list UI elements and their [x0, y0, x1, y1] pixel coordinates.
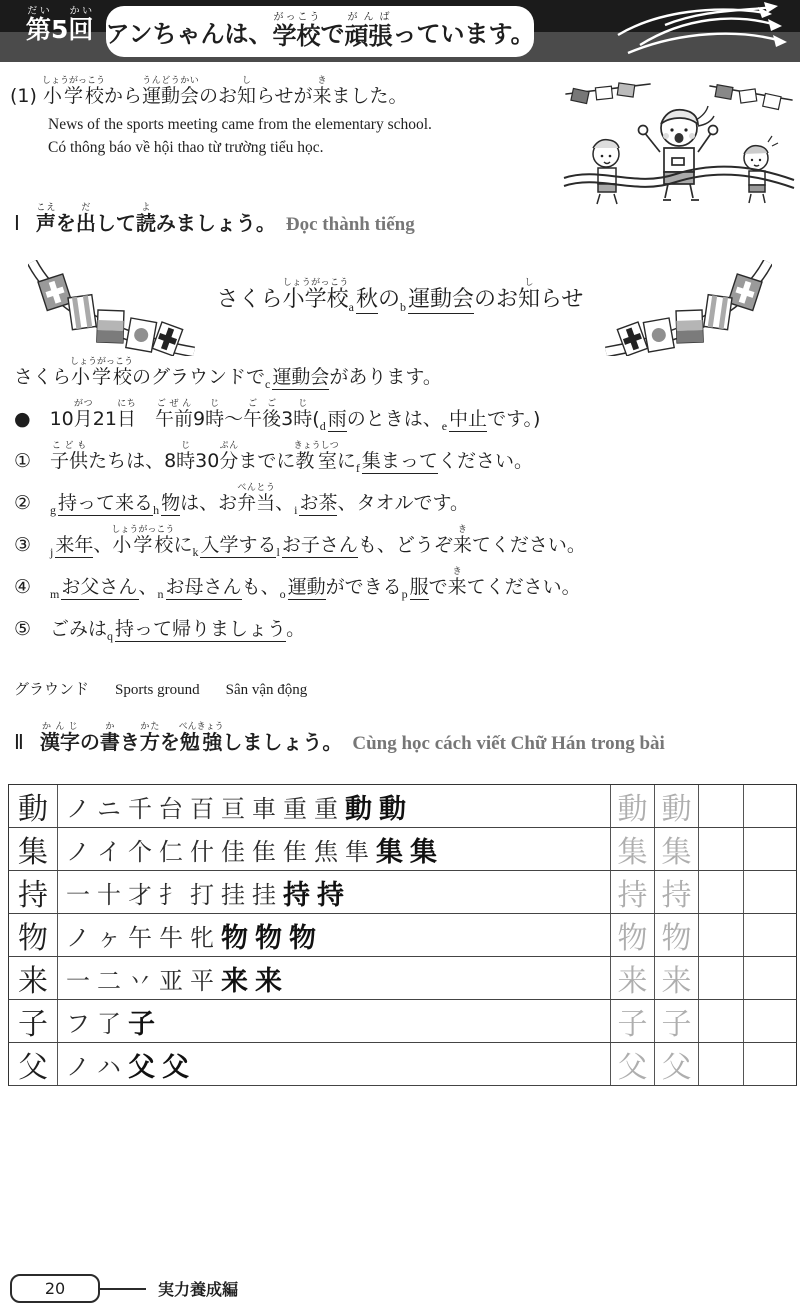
tagged-phrase-q: q持って帰りましょう [107, 618, 286, 640]
tagged-phrase-p: p服 [402, 576, 429, 598]
practice-kanji-cell: 持 [611, 871, 655, 913]
stroke-step: 个 [128, 832, 152, 867]
stroke-step: 一 [66, 875, 90, 910]
tagged-phrase-c: c運動会 [265, 366, 329, 388]
phrase-tag: i [294, 503, 297, 517]
stroke-order-cell: ノヶ午牛牝物物物 [58, 914, 611, 956]
page-footer: 20 実力養成編 [10, 1274, 238, 1303]
stroke-step: 物 [289, 916, 316, 955]
lesson-title: アンちゃんは、学校がっこうで頑張がんばっています。 [106, 6, 534, 57]
practice-kanji-cell: 物 [655, 914, 699, 956]
tagged-phrase-j: j来年 [50, 534, 93, 556]
stroke-step: 亚 [159, 961, 183, 996]
phrase-tag: b [400, 300, 406, 314]
empty-practice-cell [699, 1043, 744, 1085]
textbook-page: 第だい5回かい アンちゃんは、学校がっこうで頑張がんばっています。 (1) 小学… [0, 0, 800, 1307]
empty-practice-cell [744, 1000, 796, 1042]
stroke-order-cell: 一二丷亚平来来 [58, 957, 611, 999]
kanji-row-動: 動 ノニ千台百亘車重重動動 動動 [8, 785, 797, 828]
tagged-phrase-h: h物 [153, 492, 180, 514]
stroke-step: 車 [252, 789, 276, 824]
empty-practice-cell [744, 785, 796, 827]
phrase-tag: l [276, 545, 279, 559]
stroke-step: 物 [255, 916, 282, 955]
sports-day-illustration [560, 76, 798, 214]
tagged-phrase-i: iお茶 [294, 492, 337, 514]
intro-vietnamese: Có thông báo về hội thao từ trường tiểu … [48, 136, 432, 159]
page-header: 第だい5回かい アンちゃんは、学校がっこうで頑張がんばっています。 [0, 0, 800, 62]
stroke-step: 什 [190, 832, 214, 867]
phrase-tag: k [192, 545, 198, 559]
reading-line-1: さくら小学校しょうがっこうのグラウンドでc運動会があります。 [14, 356, 586, 398]
reading-line-6: ④ mお父さん、nお母さんも、o運動ができるp服で来きてください。 [14, 566, 586, 608]
empty-practice-cell [744, 871, 796, 913]
phrase-tag: j [50, 545, 53, 559]
practice-kanji-cell: 子 [655, 1000, 699, 1042]
tagged-phrase-b: b運動会 [400, 287, 474, 312]
stroke-step: 父 [128, 1045, 155, 1084]
tagged-phrase-k: k入学する [192, 534, 276, 556]
practice-kanji-cell: 来 [611, 957, 655, 999]
stroke-step: 隹 [252, 832, 276, 867]
section2-title-vi: Cùng học cách viết Chữ Hán trong bài [352, 733, 664, 754]
section1-title-vi: Đọc thành tiếng [286, 214, 415, 235]
stroke-step: 動 [379, 787, 406, 826]
stroke-step: 父 [162, 1045, 189, 1084]
stroke-step: 台 [159, 789, 183, 824]
stroke-step: 一 [66, 961, 90, 996]
phrase-tag: o [280, 587, 286, 601]
reading-text: さくら小学校しょうがっこうのグラウンドでc運動会があります。● 10月がつ21日… [14, 356, 586, 650]
stroke-step: 了 [97, 1004, 121, 1039]
stroke-step: 挂 [252, 875, 276, 910]
stroke-step: 来 [255, 959, 282, 998]
stroke-step: 持 [283, 873, 310, 912]
practice-kanji-cell: 動 [655, 785, 699, 827]
kanji-row-父: 父 ノハ父父 父父 [8, 1043, 797, 1086]
section2-title-jp: 漢字かんじの書かき方かたを勉強べんきょうしましょう。 [40, 730, 343, 754]
stroke-step: 子 [128, 1002, 155, 1041]
reading-line-7: ⑤ ごみはq持って帰りましょう。 [14, 608, 586, 650]
stroke-step: 打 [190, 875, 214, 910]
page-number-badge: 20 [10, 1274, 100, 1303]
kanji-cell: 動 [9, 785, 58, 827]
empty-practice-cell [744, 1043, 796, 1085]
stroke-order-cell: ノニ千台百亘車重重動動 [58, 785, 611, 827]
tagged-phrase-m: mお父さん [50, 576, 138, 598]
page-number: 20 [45, 1279, 65, 1298]
kanji-cell: 持 [9, 871, 58, 913]
tagged-phrase-f: f集まって [356, 450, 438, 472]
stroke-step: 千 [128, 789, 152, 824]
stroke-step: 仁 [159, 832, 183, 867]
empty-practice-cell [744, 914, 796, 956]
edition-label: 実力養成編 [158, 1277, 238, 1300]
stroke-step: 亘 [221, 789, 245, 824]
stroke-step: 挂 [221, 875, 245, 910]
phrase-tag: g [50, 503, 56, 517]
stroke-order-cell: ノイ个仁什佳隹隹焦隼集集 [58, 828, 611, 870]
tagged-phrase-o: o運動 [280, 576, 326, 598]
stroke-step: 午 [128, 918, 152, 953]
practice-kanji-cell: 集 [611, 828, 655, 870]
kanji-row-持: 持 一十才扌打挂挂持持 持持 [8, 871, 797, 914]
stroke-step: 重 [314, 789, 338, 824]
stroke-step: ノ [66, 918, 90, 953]
stroke-order-cell: 一十才扌打挂挂持持 [58, 871, 611, 913]
empty-practice-cell [744, 957, 796, 999]
kanji-row-物: 物 ノヶ午牛牝物物物 物物 [8, 914, 797, 957]
stroke-step: 動 [345, 787, 372, 826]
section2-numeral: Ⅱ [14, 730, 24, 754]
lesson-number: 第だい5回かい [26, 6, 93, 46]
practice-kanji-cell: 父 [611, 1043, 655, 1085]
swoosh-arrows-icon [610, 1, 796, 61]
empty-practice-cell [699, 1000, 744, 1042]
stroke-step: 隼 [345, 832, 369, 867]
tagged-phrase-g: g持って来る [50, 492, 153, 514]
tagged-phrase-n: nお母さん [158, 576, 242, 598]
kanji-row-来: 来 一二丷亚平来来 来来 [8, 957, 797, 1000]
stroke-order-cell: ノハ父父 [58, 1043, 611, 1085]
vocab-english: Sports ground [115, 682, 200, 698]
stroke-order-cell: フ了子 [58, 1000, 611, 1042]
practice-kanji-cell: 動 [611, 785, 655, 827]
reading-line-2: ● 10月がつ21日にち 午前ごぜん9時じ〜午後ごご3時じ(d雨のときは、e中止… [14, 398, 586, 440]
kanji-cell: 子 [9, 1000, 58, 1042]
reading-line-4: ② g持って来るh物は、お弁当べんとう、iお茶、タオルです。 [14, 482, 586, 524]
stroke-step: イ [97, 832, 121, 867]
stroke-step: 集 [410, 830, 437, 869]
intro-sentence: (1) 小学校しょうがっこうから運動会うんどうかいのお知しらせが来きました。 [10, 76, 432, 113]
stroke-step: 重 [283, 789, 307, 824]
practice-kanji-cell: 持 [655, 871, 699, 913]
stroke-step: 平 [190, 961, 214, 996]
stroke-step: フ [66, 1004, 90, 1039]
tagged-phrase-e: e中止 [442, 408, 487, 430]
section2-heading: Ⅱ漢字かんじの書かき方かたを勉強べんきょうしましょう。Cùng học cách… [14, 722, 665, 755]
kanji-cell: 集 [9, 828, 58, 870]
stroke-step: ノ [66, 789, 90, 824]
kanji-cell: 来 [9, 957, 58, 999]
phrase-tag: f [356, 461, 360, 475]
phrase-tag: m [50, 587, 59, 601]
stroke-step: ヶ [97, 918, 121, 953]
stroke-step: 牛 [159, 918, 183, 953]
stroke-step: 丷 [128, 961, 152, 996]
stroke-step: 牝 [190, 918, 214, 953]
stroke-step: ニ [97, 789, 121, 824]
kanji-row-子: 子 フ了子 子子 [8, 1000, 797, 1043]
stroke-step: 二 [97, 961, 121, 996]
empty-practice-cell [699, 914, 744, 956]
phrase-tag: p [402, 587, 408, 601]
phrase-tag: q [107, 629, 113, 643]
phrase-tag: a [349, 300, 354, 314]
stroke-step: 焦 [314, 832, 338, 867]
empty-practice-cell [699, 828, 744, 870]
vocab-vietnamese: Sân vận động [226, 682, 308, 698]
empty-practice-cell [699, 871, 744, 913]
stroke-step: 来 [221, 959, 248, 998]
practice-kanji-cell: 子 [611, 1000, 655, 1042]
phrase-tag: n [158, 587, 164, 601]
tagged-phrase-d: d雨 [320, 408, 347, 430]
footer-divider [100, 1288, 146, 1290]
kanji-practice-table: 動 ノニ千台百亘車重重動動 動動 集 ノイ个仁什佳隹隹焦隼集集 集集 持 一十才… [8, 784, 797, 1086]
vocab-word: グラウンド [14, 680, 89, 698]
stroke-step: 百 [190, 789, 214, 824]
intro-block: (1) 小学校しょうがっこうから運動会うんどうかいのお知しらせが来きました。 N… [10, 76, 432, 159]
practice-kanji-cell: 来 [655, 957, 699, 999]
section1-heading: Ⅰ声こえを出だして読よみましょう。Đọc thành tiếng [14, 203, 415, 236]
reading-line-3: ① 子供こどもたちは、8時じ30分ぷんまでに教室きょうしつにf集まってください。 [14, 440, 586, 482]
phrase-tag: h [153, 503, 159, 517]
empty-practice-cell [699, 957, 744, 999]
stroke-step: 佳 [221, 832, 245, 867]
tagged-phrase-a: a秋 [349, 287, 378, 312]
stroke-step: 十 [97, 875, 121, 910]
stroke-step: ノ [66, 1047, 90, 1082]
stroke-step: 集 [376, 830, 403, 869]
practice-kanji-cell: 物 [611, 914, 655, 956]
phrase-tag: e [442, 419, 447, 433]
stroke-step: ノ [66, 832, 90, 867]
section1-numeral: Ⅰ [14, 211, 20, 235]
phrase-tag: c [265, 377, 270, 391]
tagged-phrase-l: lお子さん [276, 534, 357, 556]
empty-practice-cell [744, 828, 796, 870]
section1-title-jp: 声こえを出だして読よみましょう。 [36, 211, 276, 235]
stroke-step: 扌 [159, 875, 183, 910]
stroke-step: 物 [221, 916, 248, 955]
stroke-step: 才 [128, 875, 152, 910]
practice-kanji-cell: 父 [655, 1043, 699, 1085]
kanji-cell: 父 [9, 1043, 58, 1085]
stroke-step: ハ [97, 1047, 121, 1082]
vocab-note: グラウンドSports groundSân vận động [14, 678, 307, 699]
practice-kanji-cell: 集 [655, 828, 699, 870]
notice-banner: さくら小学校しょうがっこうa秋のb運動会のお知しらせ [0, 260, 800, 360]
empty-practice-cell [699, 785, 744, 827]
kanji-row-集: 集 ノイ个仁什佳隹隹焦隼集集 集集 [8, 828, 797, 871]
banner-title: さくら小学校しょうがっこうa秋のb運動会のお知しらせ [0, 278, 800, 315]
reading-line-5: ③ j来年、小学校しょうがっこうにk入学するlお子さんも、どうぞ来きてください。 [14, 524, 586, 566]
kanji-cell: 物 [9, 914, 58, 956]
stroke-step: 隹 [283, 832, 307, 867]
stroke-step: 持 [317, 873, 344, 912]
intro-english: News of the sports meeting came from the… [48, 113, 432, 136]
phrase-tag: d [320, 419, 326, 433]
